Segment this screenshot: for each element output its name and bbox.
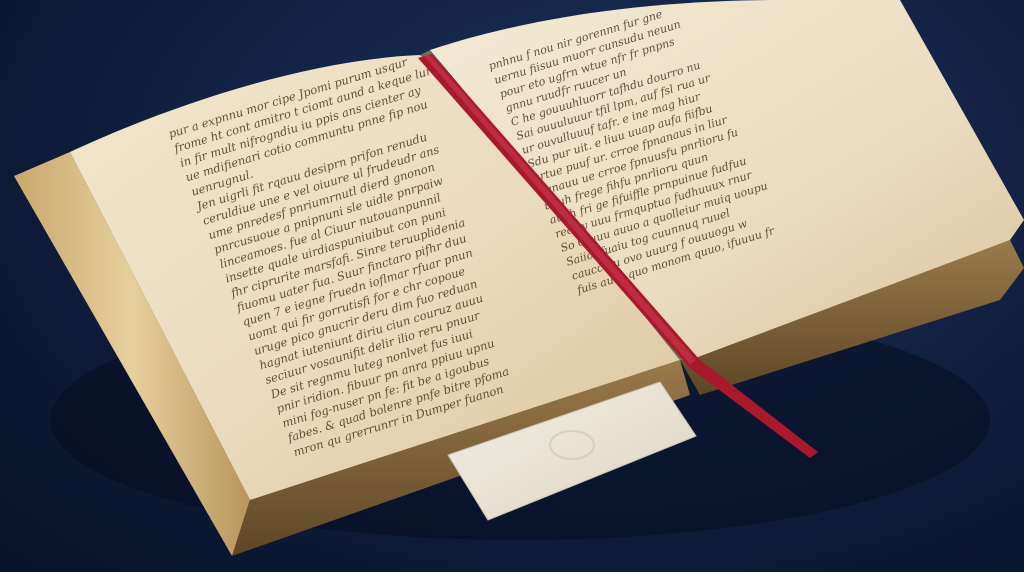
photo-scene: pur a expnnu mor cipe Jpomi purum usqurf… — [0, 0, 1024, 572]
book-illustration: pur a expnnu mor cipe Jpomi purum usqurf… — [0, 0, 1024, 572]
